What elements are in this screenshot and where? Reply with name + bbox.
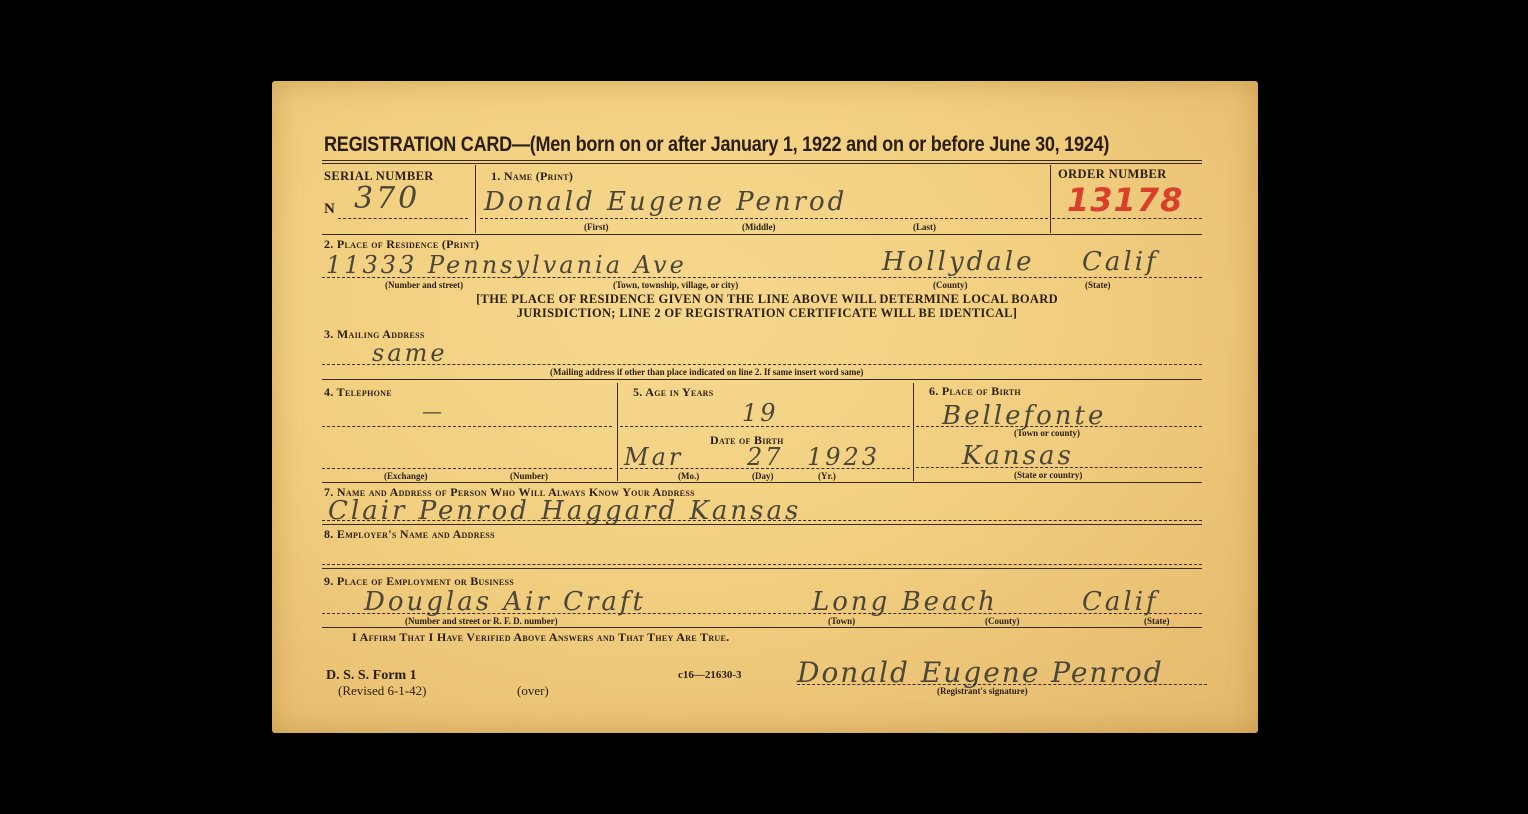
signature-sub: (Registrant's signature) bbox=[937, 686, 1028, 696]
signature-line bbox=[797, 684, 1207, 685]
divider bbox=[475, 165, 476, 233]
employer-label: 8. Employer's Name and Address bbox=[324, 527, 495, 542]
affirmation: I Affirm That I Have Verified Above Answ… bbox=[352, 630, 729, 645]
telephone-value: — bbox=[422, 399, 445, 423]
rule bbox=[322, 379, 1202, 380]
sub-emp-town: (Town) bbox=[828, 616, 855, 626]
sub-emp-county: (County) bbox=[985, 616, 1020, 626]
mailing-value: same bbox=[372, 339, 448, 367]
rule bbox=[322, 234, 1202, 235]
residence-label: 2. Place of Residence (Print) bbox=[324, 237, 479, 252]
card-title: REGISTRATION CARD—(Men born on or after … bbox=[324, 133, 1109, 157]
residence-state: Calif bbox=[1082, 247, 1159, 277]
sub-exchange: (Exchange) bbox=[384, 471, 428, 481]
divider bbox=[617, 383, 618, 481]
dob-day: 27 bbox=[747, 443, 784, 471]
name-line bbox=[480, 218, 1048, 219]
form-id: D. S. S. Form 1 bbox=[326, 668, 417, 684]
employment-line bbox=[322, 613, 1202, 614]
mailing-line bbox=[322, 364, 1202, 365]
dob-line bbox=[620, 468, 910, 469]
birthplace-line-1 bbox=[916, 426, 1202, 427]
sub-number: (Number) bbox=[510, 471, 548, 481]
contact-value: Clair Penrod Haggard Kansas bbox=[328, 496, 801, 526]
form-revised: (Revised 6-1-42) bbox=[338, 683, 426, 699]
order-line bbox=[1052, 218, 1202, 219]
jurisdiction-notice: [THE PLACE OF RESIDENCE GIVEN ON THE LIN… bbox=[332, 292, 1202, 320]
divider bbox=[913, 383, 914, 481]
telephone-line-2 bbox=[322, 468, 612, 469]
birthplace-line-2 bbox=[916, 467, 1202, 468]
name-value: Donald Eugene Penrod bbox=[484, 187, 847, 217]
rule bbox=[322, 524, 1202, 525]
serial-prefix: N bbox=[324, 201, 335, 218]
sub-emp-state: (State) bbox=[1144, 616, 1170, 626]
birthplace-label: 6. Place of Birth bbox=[929, 384, 1021, 399]
residence-street: 11333 Pennsylvania Ave bbox=[326, 251, 687, 279]
sub-middle: (Middle) bbox=[742, 222, 776, 232]
age-value: 19 bbox=[742, 399, 779, 427]
sub-last: (Last) bbox=[913, 222, 936, 232]
title-rule bbox=[322, 160, 1202, 164]
age-line bbox=[620, 426, 910, 427]
order-number-value: 13178 bbox=[1067, 181, 1183, 219]
registration-card: REGISTRATION CARD—(Men born on or after … bbox=[272, 81, 1258, 733]
sub-birth-state: (State or country) bbox=[1014, 470, 1082, 480]
dob-month: Mar bbox=[624, 443, 683, 471]
sub-state: (State) bbox=[1085, 280, 1111, 290]
over-note: (over) bbox=[517, 683, 549, 699]
mailing-sub: (Mailing address if other than place ind… bbox=[550, 367, 863, 377]
rule bbox=[322, 568, 1202, 569]
sub-mo: (Mo.) bbox=[678, 471, 699, 481]
telephone-line-1 bbox=[322, 426, 612, 427]
notice-line-1: [THE PLACE OF RESIDENCE GIVEN ON THE LIN… bbox=[332, 292, 1202, 306]
residence-city: Hollydale bbox=[882, 247, 1035, 277]
dob-year: 1923 bbox=[807, 443, 880, 471]
print-code: c16—21630-3 bbox=[678, 669, 742, 681]
rule bbox=[322, 482, 1202, 483]
serial-line bbox=[338, 218, 468, 219]
telephone-label: 4. Telephone bbox=[324, 385, 392, 400]
notice-line-2: JURISDICTION; LINE 2 OF REGISTRATION CER… bbox=[332, 306, 1202, 320]
rule bbox=[322, 627, 1202, 628]
name-label: 1. Name (Print) bbox=[491, 169, 573, 184]
sub-town: (Town, township, village, or city) bbox=[613, 280, 738, 290]
order-number-label: ORDER NUMBER bbox=[1058, 167, 1167, 182]
contact-line bbox=[322, 520, 1202, 521]
sub-first: (First) bbox=[584, 222, 609, 232]
employer-line bbox=[322, 564, 1202, 565]
sub-street: (Number and street) bbox=[385, 280, 463, 290]
sub-county: (County) bbox=[933, 280, 968, 290]
sub-day: (Day) bbox=[752, 471, 774, 481]
sub-emp-street: (Number and street or R. F. D. number) bbox=[405, 616, 558, 626]
residence-line bbox=[322, 277, 1202, 278]
divider bbox=[1050, 165, 1051, 233]
age-label: 5. Age in Years bbox=[633, 385, 714, 400]
sub-yr: (Yr.) bbox=[818, 471, 836, 481]
sub-birth-town: (Town or county) bbox=[1014, 428, 1080, 438]
serial-number-value: 370 bbox=[354, 181, 420, 216]
